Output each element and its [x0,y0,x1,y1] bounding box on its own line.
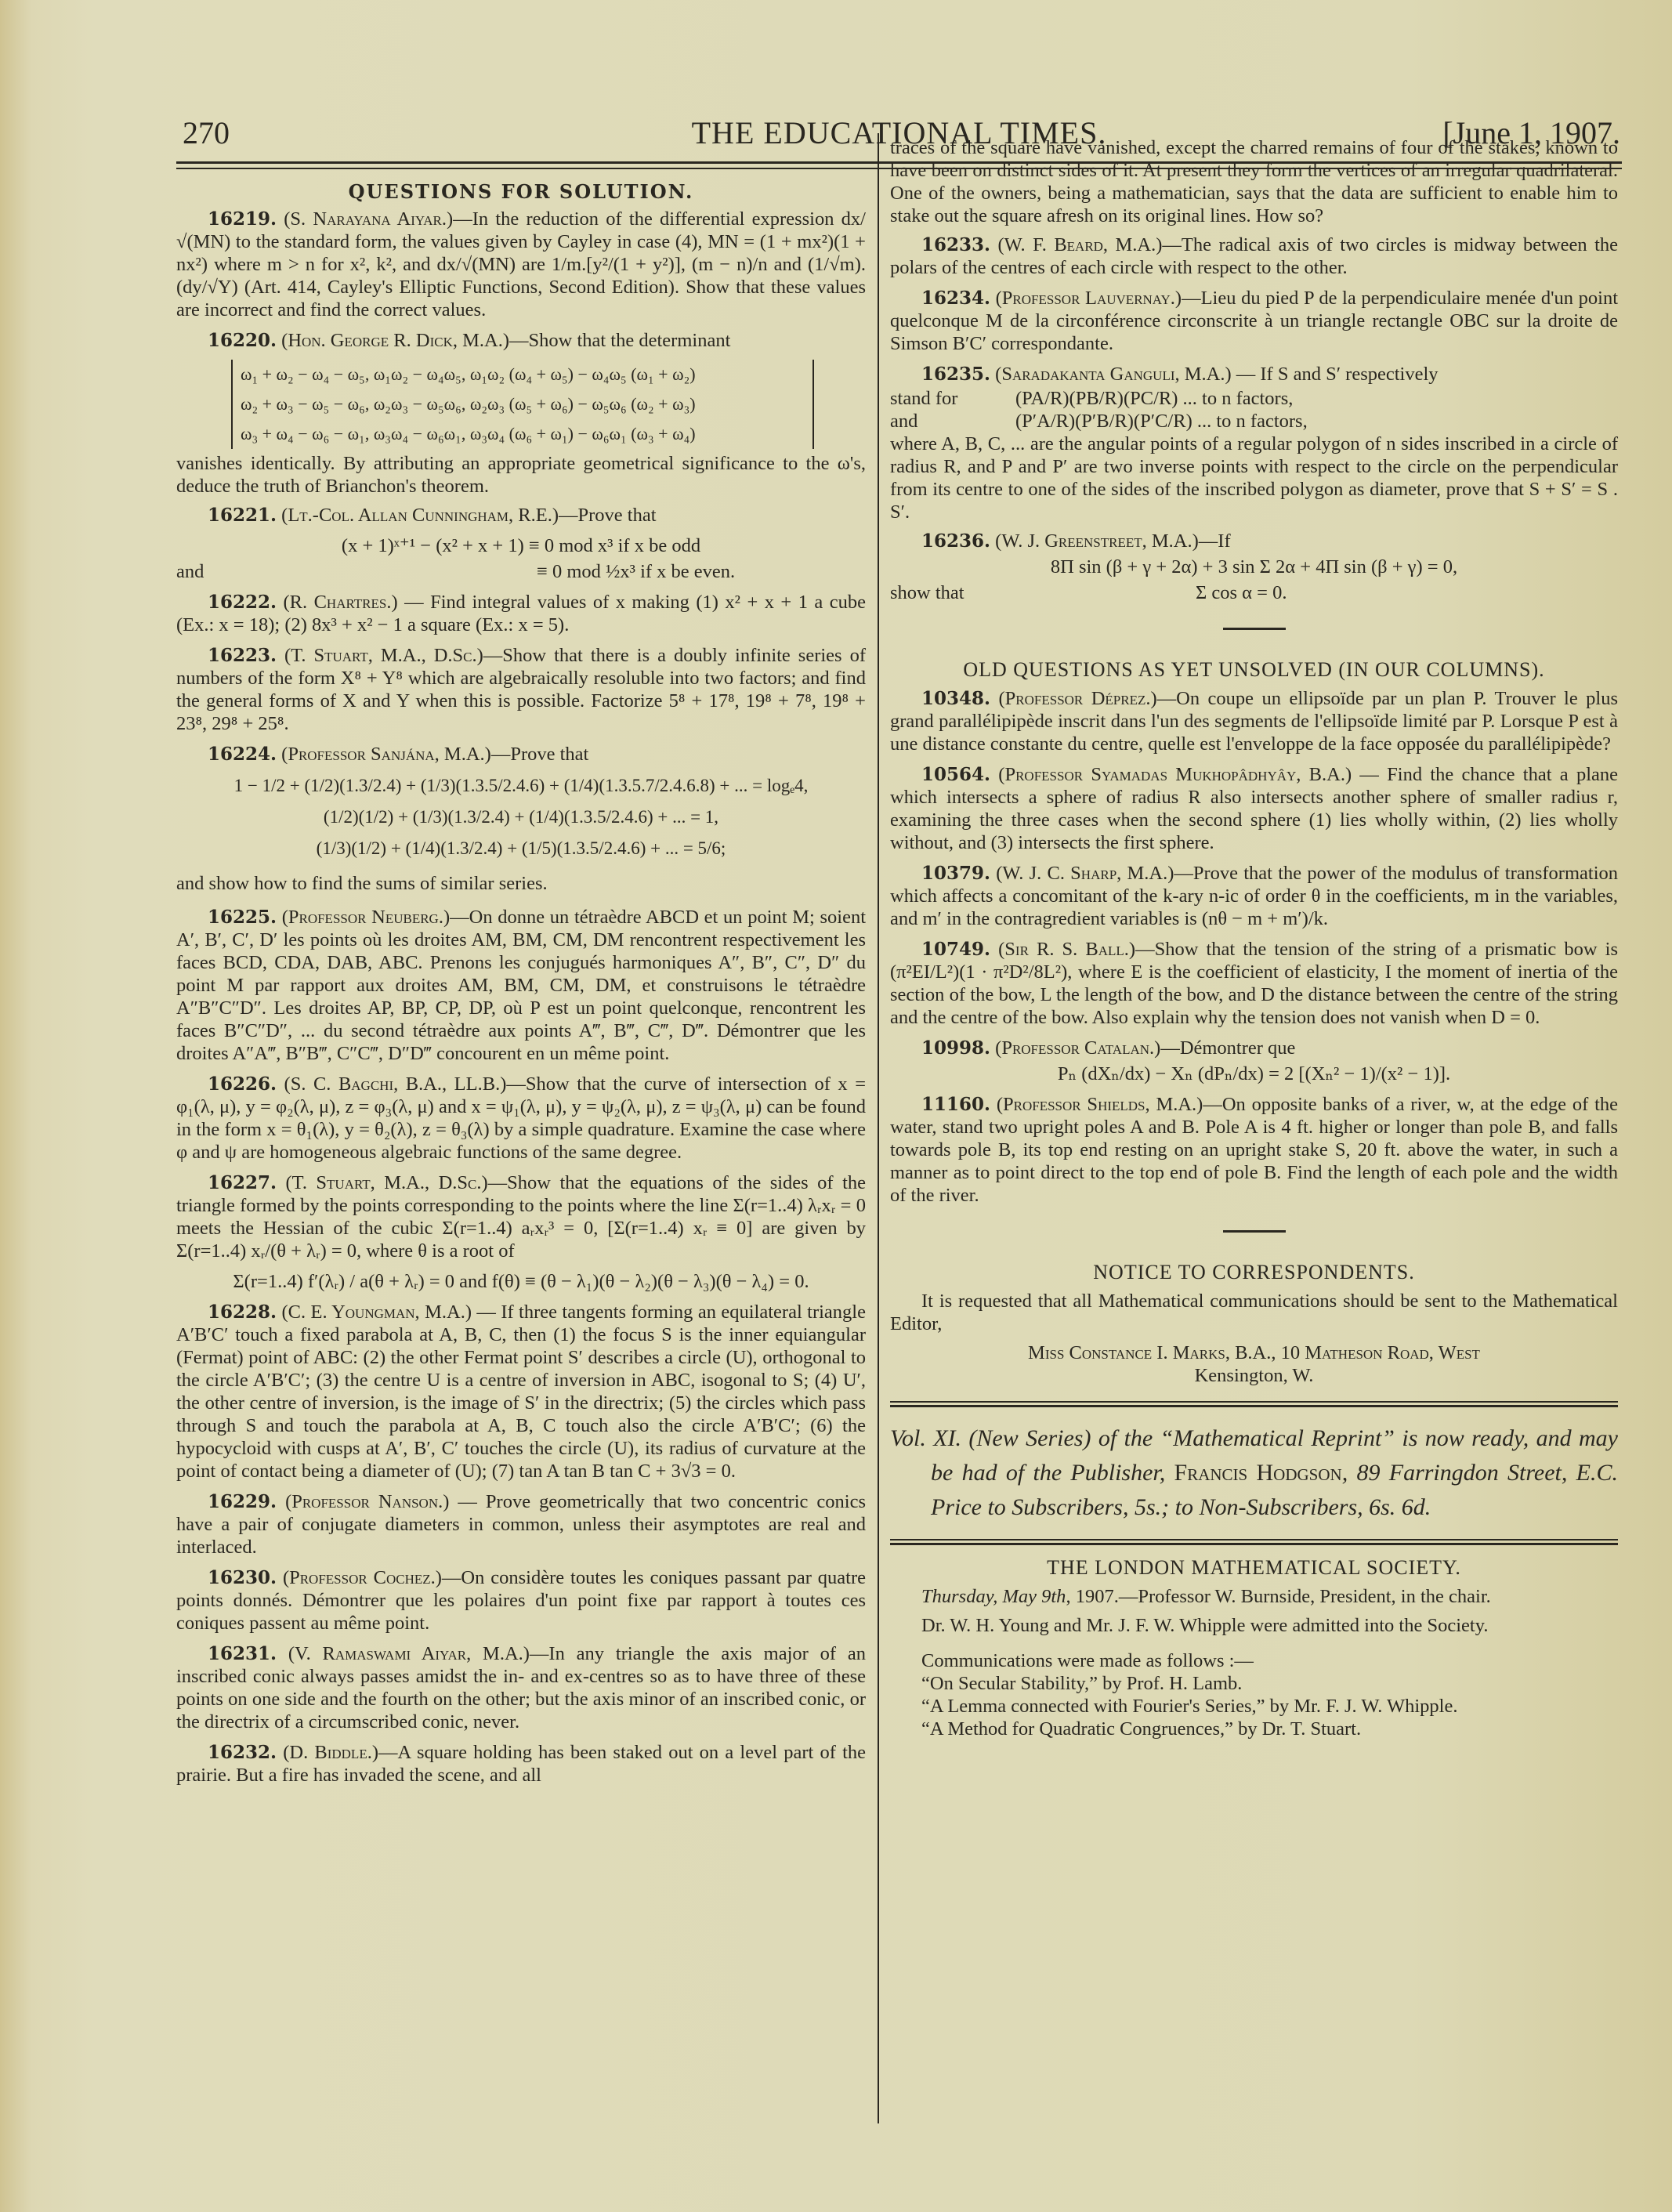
question-number: 16230. [208,1567,277,1588]
question-number: 16228. [208,1301,277,1323]
question-number: 16221. [208,505,277,526]
question-author: (Professor Neuberg.) [282,907,450,928]
rule [890,1405,1618,1407]
question-16230: 16230. (Professor Cochez.)—On considère … [176,1566,866,1635]
lms-meeting: Thursday, May 9th, 1907.—Professor W. Bu… [890,1585,1618,1608]
question-number: 16234. [921,288,990,309]
question-author: (Professor Shields, M.A.) [997,1094,1203,1115]
question-text: —If [1199,530,1231,552]
question-number: 16235. [921,364,990,385]
equation-label: show that [890,581,1015,604]
question-16233: 16233. (W. F. Beard, M.A.)—The radical a… [890,234,1618,279]
question-16235: 16235. (Saradakanta Ganguli, M.A.) — If … [890,363,1618,386]
notice-address: Miss Constance I. Marks, B.A., 10 Mathes… [890,1341,1618,1387]
section-title-questions: QUESTIONS FOR SOLUTION. [176,180,866,203]
question-number: 16226. [208,1073,277,1095]
question-number: 16236. [921,530,990,552]
question-text: —Show that the equations of the sides of… [176,1172,866,1262]
question-16224: 16224. (Professor Sanjána, M.A.)—Prove t… [176,743,866,766]
address-line: Miss Constance I. Marks, B.A., 10 Mathes… [890,1341,1618,1364]
question-number: 16219. [208,208,277,230]
left-column: QUESTIONS FOR SOLUTION. 16219. (S. Naray… [176,180,866,1794]
question-16236: 16236. (W. J. Greenstreet, M.A.)—If [890,530,1618,552]
lms-admitted: Dr. W. H. Young and Mr. J. F. W. Whipple… [890,1614,1618,1637]
question-number: 10749. [921,939,990,960]
advertisement: Vol. XI. (New Series) of the “Mathematic… [890,1421,1618,1525]
question-text: — If three tangents forming an equilater… [176,1301,866,1482]
question-text: — Find integral values of x making (1) x… [176,592,866,635]
question-number: 11160. [921,1094,990,1115]
question-text: —Show that there is a doubly infinite se… [176,645,866,734]
question-16221: 16221. (Lt.-Col. Allan Cunningham, R.E.)… [176,504,866,527]
question-text: —Prove that [491,744,589,765]
question-16234: 16234. (Professor Lauvernay.)—Lieu du pi… [890,287,1618,355]
determinant-row: ω₂ + ω₃ − ω₅ − ω₆, ω₂ω₃ − ω₅ω₆, ω₂ω₃ (ω₅… [241,389,805,419]
notice-text: It is requested that all Mathematical co… [890,1290,1618,1335]
question-text: —Prove that [559,505,657,526]
question-11160: 11160. (Professor Shields, M.A.)—On oppo… [890,1093,1618,1207]
question-text: —Démontrer que [1160,1037,1295,1059]
equation-label: and [176,560,302,583]
question-number: 10564. [921,764,990,785]
question-author: (T. Stuart, M.A., D.Sc.) [286,1172,488,1193]
question-author: (R. Chartres.) [284,592,398,613]
question-10998: 10998. (Professor Catalan.)—Démontrer qu… [890,1037,1618,1059]
section-title-lms: THE LONDON MATHEMATICAL SOCIETY. [890,1556,1618,1579]
meeting-date: Thursday, May 9th [921,1586,1066,1607]
question-author: (D. Biddle.) [283,1742,378,1763]
lms-communication: “On Secular Stability,” by Prof. H. Lamb… [890,1672,1618,1695]
question-number: 10348. [921,688,990,709]
equation-row: and (P′A/R)(P′B/R)(P′C/R) ... to n facto… [890,410,1618,433]
series-equation: (1/2)(1/2) + (1/3)(1.3/2.4) + (1/4)(1.3.… [176,802,866,833]
question-number: 16220. [208,330,277,351]
question-number: 10379. [921,863,990,884]
determinant: ω₁ + ω₂ − ω₄ − ω₅, ω₁ω₂ − ω₄ω₅, ω₁ω₂ (ω₄… [231,360,814,449]
question-16228: 16228. (C. E. Youngman, M.A.) — If three… [176,1301,866,1483]
question-number: 16232. [208,1742,277,1763]
question-author: (Professor Catalan.) [995,1037,1160,1059]
question-author: (S. C. Bagchi, B.A., LL.B.) [284,1073,507,1095]
question-16227: 16227. (T. Stuart, M.A., D.Sc.)—Show tha… [176,1171,866,1262]
equation-label: and [890,410,1015,433]
question-author: (Professor Déprez.) [999,688,1157,709]
question-continuation: and show how to find the sums of similar… [176,872,866,895]
question-number: 16227. [208,1172,277,1193]
question-number: 16223. [208,645,277,666]
question-16220: 16220. (Hon. George R. Dick, M.A.)—Show … [176,329,866,352]
question-16226: 16226. (S. C. Bagchi, B.A., LL.B.)—Show … [176,1073,866,1164]
determinant-row: ω₃ + ω₄ − ω₆ − ω₁, ω₃ω₄ − ω₆ω₁, ω₃ω₄ (ω₆… [241,419,805,449]
equation: Pₙ (dXₙ/dx) − Xₙ (dPₙ/dx) = 2 [(Xₙ² − 1)… [890,1063,1618,1085]
section-divider [1223,1230,1286,1233]
equation: Σ(r=1..4) f′(λᵣ) / a(θ + λᵣ) = 0 and f(θ… [176,1270,866,1293]
question-text: —On considère toutes les coniques passan… [176,1567,866,1634]
question-author: (Professor Nanson.) [285,1491,449,1512]
section-title-notice: NOTICE TO CORRESPONDENTS. [890,1261,1618,1283]
equation: Σ cos α = 0. [1196,581,1287,604]
question-author: (V. Ramaswami Aiyar, M.A.) [288,1643,530,1664]
question-author: (Sir R. S. Ball.) [998,939,1135,960]
equation-row: show that Σ cos α = 0. [890,581,1618,604]
question-10348: 10348. (Professor Déprez.)—On coupe un e… [890,687,1618,755]
rule [890,1401,1618,1403]
question-author: (Professor Syamadas Mukhopâdhyây, B.A.) [998,764,1352,785]
lms-comm-intro: Communications were made as follows :— [890,1649,1618,1672]
section-divider [1223,628,1286,630]
question-number: 16229. [208,1491,277,1512]
series-equation: 1 − 1/2 + (1/2)(1.3/2.4) + (1/3)(1.3.5/2… [176,770,866,802]
section-title-old-questions: OLD QUESTIONS AS YET UNSOLVED (IN OUR CO… [890,658,1618,681]
question-author: (W. F. Beard, M.A.) [997,234,1162,255]
question-author: (W. J. Greenstreet, M.A.) [995,530,1199,552]
question-16225: 16225. (Professor Neuberg.)—On donne un … [176,906,866,1065]
series-equation: (1/3)(1/2) + (1/4)(1.3/2.4) + (1/5)(1.3.… [176,833,866,864]
question-author: (Professor Lauvernay.) [996,288,1182,309]
question-text: —A square holding has been staked out on… [176,1742,866,1786]
question-author: (C. E. Youngman, M.A.) [281,1301,472,1323]
question-number: 16231. [208,1643,277,1664]
equation: 8Π sin (β + γ + 2α) + 3 sin Σ 2α + 4Π si… [890,556,1618,578]
equation: (x + 1)ˣ⁺¹ − (x² + x + 1) ≡ 0 mod x³ if … [176,534,866,557]
question-text: — If S and S′ respectively [1232,364,1439,385]
rule [890,1539,1618,1540]
address-line: Kensington, W. [890,1364,1618,1387]
question-number: 16222. [208,592,277,613]
equation: ≡ 0 mod ½x³ if x be even. [537,560,735,583]
rule [890,1543,1618,1545]
question-number: 10998. [921,1037,990,1059]
question-author: (T. Stuart, M.A., D.Sc.) [284,645,483,666]
meeting-text: , 1907.—Professor W. Burnside, President… [1066,1586,1490,1607]
question-author: (Professor Sanjána, M.A.) [281,744,491,765]
question-16232: 16232. (D. Biddle.)—A square holding has… [176,1741,866,1787]
question-author: (W. J. C. Sharp, M.A.) [996,863,1174,884]
question-16219: 16219. (S. Narayana Aiyar.)—In the reduc… [176,208,866,321]
question-10564: 10564. (Professor Syamadas Mukhopâdhyây,… [890,763,1618,854]
question-text: — Prove geometrically that two concentri… [176,1491,866,1558]
question-text: —On donne un tétraèdre ABCD et un point … [176,907,866,1064]
question-author: (Saradakanta Ganguli, M.A.) [995,364,1231,385]
question-16231: 16231. (V. Ramaswami Aiyar, M.A.)—In any… [176,1642,866,1733]
question-author: (Lt.-Col. Allan Cunningham, R.E.) [281,505,559,526]
question-10749: 10749. (Sir R. S. Ball.)—Show that the t… [890,938,1618,1029]
question-continuation: vanishes identically. By attributing an … [176,452,866,498]
question-text: —In the reduction of the differential ex… [176,208,866,320]
question-text: —Show that the determinant [509,330,730,351]
question-16232-continued: traces of the square have vanished, exce… [890,136,1618,227]
question-number: 16233. [921,234,990,255]
question-author: (Hon. George R. Dick, M.A.) [281,330,509,351]
question-text: —Show that the curve of intersection of … [176,1073,866,1163]
determinant-row: ω₁ + ω₂ − ω₄ − ω₅, ω₁ω₂ − ω₄ω₅, ω₁ω₂ (ω₄… [241,360,805,389]
lms-communication: “A Lemma connected with Fourier's Series… [890,1695,1618,1718]
publisher-name: Francis Hodgson [1174,1460,1342,1486]
question-number: 16225. [208,907,277,928]
question-10379: 10379. (W. J. C. Sharp, M.A.)—Prove that… [890,862,1618,930]
equation-row: stand for (PA/R)(PB/R)(PC/R) ... to n fa… [890,387,1618,410]
equation: (P′A/R)(P′B/R)(P′C/R) ... to n factors, [1015,410,1308,433]
equation-label: stand for [890,387,1015,410]
question-16222: 16222. (R. Chartres.) — Find integral va… [176,591,866,636]
equation: (PA/R)(PB/R)(PC/R) ... to n factors, [1015,387,1293,410]
series-equations: 1 − 1/2 + (1/2)(1.3/2.4) + (1/3)(1.3.5/2… [176,770,866,864]
question-number: 16224. [208,744,277,765]
question-16229: 16229. (Professor Nanson.) — Prove geome… [176,1490,866,1559]
question-author: (S. Narayana Aiyar.) [284,208,453,230]
question-16223: 16223. (T. Stuart, M.A., D.Sc.)—Show tha… [176,644,866,735]
lms-communication: “A Method for Quadratic Congruences,” by… [890,1718,1618,1740]
right-column: traces of the square have vanished, exce… [878,133,1618,2123]
question-continuation: where A, B, C, ... are the angular point… [890,433,1618,523]
equation-row: and ≡ 0 mod ½x³ if x be even. [176,560,866,583]
question-author: (Professor Cochez.) [283,1567,442,1588]
